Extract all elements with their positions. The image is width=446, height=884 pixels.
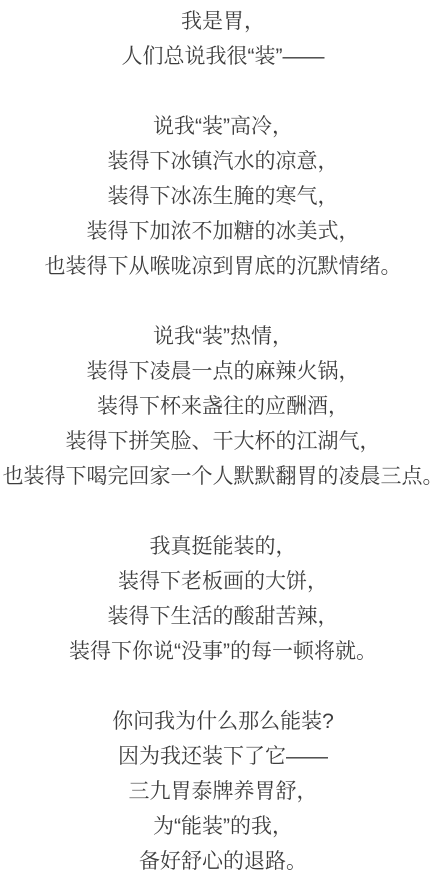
poem-stanza-1: 我是胃，人们总说我很“装”——: [0, 4, 446, 74]
poem-line: 我真挺能装的，: [0, 529, 446, 564]
poem-line: 三九胃泰牌养胃舒，: [0, 774, 446, 809]
poem-stanza-5: 你问我为什么那么能装?因为我还装下了它——三九胃泰牌养胃舒，为“能装”的我，备好…: [0, 704, 446, 879]
poem-line: 我是胃，: [0, 4, 446, 39]
poem-stanza-3: 说我“装”热情，装得下凌晨一点的麻辣火锅，装得下杯来盏往的应酬酒，装得下拼笑脸、…: [0, 319, 446, 494]
poem-line: 也装得下喝完回家一个人默默翻胃的凌晨三点。: [0, 459, 446, 494]
poem-line: 说我“装”高冷，: [0, 109, 446, 144]
poem-line: 备好舒心的退路。: [0, 844, 446, 879]
poem-line: 装得下老板画的大饼，: [0, 564, 446, 599]
poem-line: 为“能装”的我，: [0, 809, 446, 844]
poem-line: 装得下凌晨一点的麻辣火锅，: [0, 354, 446, 389]
poem-line: 因为我还装下了它——: [0, 739, 446, 774]
poem-line: 人们总说我很“装”——: [0, 39, 446, 74]
poem-line: 说我“装”热情，: [0, 319, 446, 354]
poem-line: 你问我为什么那么能装?: [0, 704, 446, 739]
poem-line: 装得下拼笑脸、干大杯的江湖气，: [0, 424, 446, 459]
poem-line: 装得下冰镇汽水的凉意，: [0, 144, 446, 179]
poem-line: 装得下冰冻生腌的寒气，: [0, 179, 446, 214]
poem-text: 我是胃，人们总说我很“装”——说我“装”高冷，装得下冰镇汽水的凉意，装得下冰冻生…: [0, 0, 446, 879]
poem-line: 装得下加浓不加糖的冰美式，: [0, 214, 446, 249]
poem-stanza-4: 我真挺能装的，装得下老板画的大饼，装得下生活的酸甜苦辣，装得下你说“没事”的每一…: [0, 529, 446, 669]
poem-stanza-2: 说我“装”高冷，装得下冰镇汽水的凉意，装得下冰冻生腌的寒气，装得下加浓不加糖的冰…: [0, 109, 446, 284]
poem-line: 装得下杯来盏往的应酬酒，: [0, 389, 446, 424]
poem-line: 装得下你说“没事”的每一顿将就。: [0, 634, 446, 669]
poem-line: 装得下生活的酸甜苦辣，: [0, 599, 446, 634]
poem-line: 也装得下从喉咙凉到胃底的沉默情绪。: [0, 249, 446, 284]
